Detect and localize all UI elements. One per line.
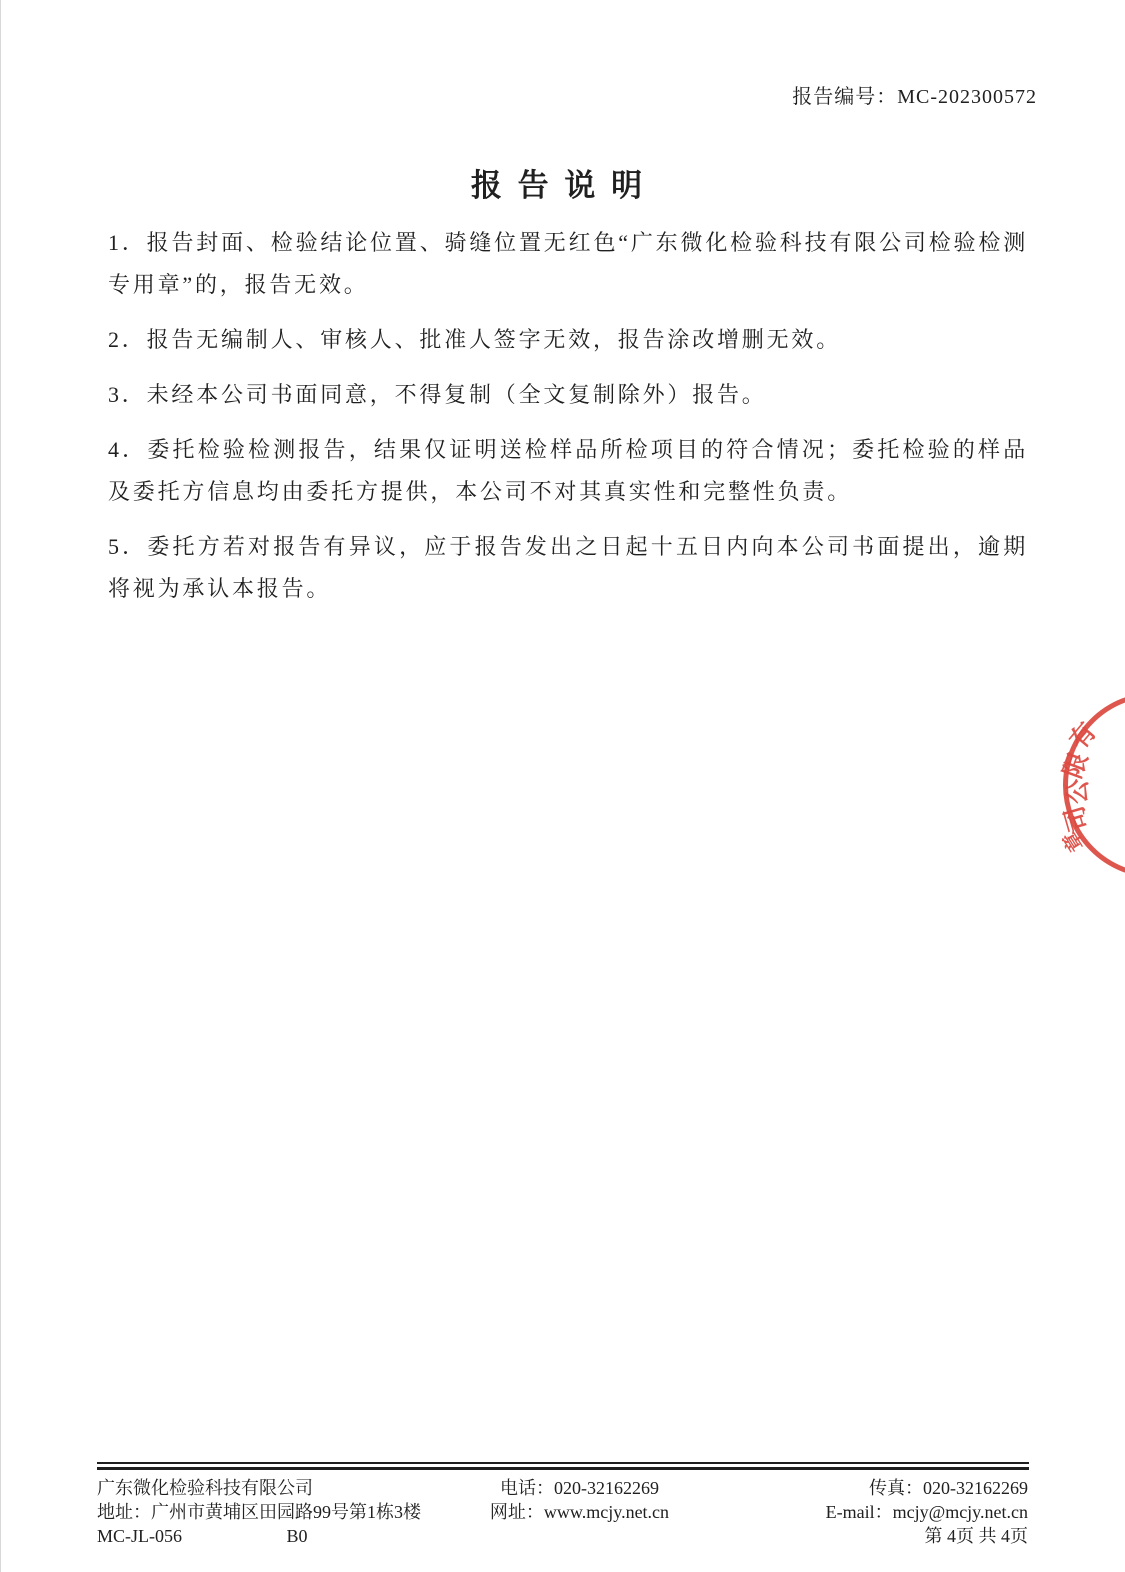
footer-revision-code: B0	[287, 1526, 308, 1546]
footer-fax: 传真：020-32162269	[826, 1476, 1028, 1500]
note-item-5: 5．委托方若对报告有异议，应于报告发出之日起十五日内向本公司书面提出，逾期将视为…	[108, 526, 1028, 610]
notes-section: 1．报告封面、检验结论位置、骑缝位置无红色“广东微化检验科技有限公司检验检测专用…	[108, 222, 1028, 623]
footer-email: E-mail：mcjy@mcjy.net.cn	[826, 1500, 1028, 1524]
footer-right-column: 传真：020-32162269 E-mail：mcjy@mcjy.net.cn …	[826, 1476, 1028, 1548]
seal-arc-char: 公	[1066, 779, 1092, 805]
footer-left-column: 广东微化检验科技有限公司 地址：广州市黄埔区田园路99号第1栋3楼 MC-JL-…	[97, 1476, 421, 1548]
footer-middle-column: 电话：020-32162269 网址：www.mcjy.net.cn	[477, 1476, 682, 1524]
report-number: 报告编号：MC-202300572	[792, 80, 1037, 109]
footer-phone: 电话：020-32162269	[477, 1476, 682, 1500]
note-item-2: 2．报告无编制人、审核人、批准人签字无效，报告涂改增删无效。	[108, 319, 1028, 361]
page-title: 报 告 说 明	[0, 160, 1117, 205]
footer-website: 网址：www.mcjy.net.cn	[477, 1500, 682, 1524]
footer-company-name: 广东微化检验科技有限公司	[97, 1476, 421, 1500]
footer-address: 地址：广州市黄埔区田园路99号第1栋3楼	[97, 1500, 421, 1524]
footer-doc-code: MC-JL-056	[97, 1526, 182, 1546]
note-item-3: 3．未经本公司书面同意，不得复制（全文复制除外）报告。	[108, 374, 1028, 416]
note-item-1: 1．报告封面、检验结论位置、骑缝位置无红色“广东微化检验科技有限公司检验检测专用…	[108, 222, 1028, 306]
footer-doc-code-row: MC-JL-056 B0	[97, 1524, 421, 1548]
footer-divider	[97, 1462, 1029, 1470]
report-page: 报告编号：MC-202300572 报 告 说 明 1．报告封面、检验结论位置、…	[0, 0, 1125, 1572]
footer-page-number: 第 4页 共 4页	[826, 1524, 1028, 1548]
note-item-4: 4．委托检验检测报告，结果仅证明送检样品所检项目的符合情况；委托检验的样品及委托…	[108, 429, 1028, 513]
